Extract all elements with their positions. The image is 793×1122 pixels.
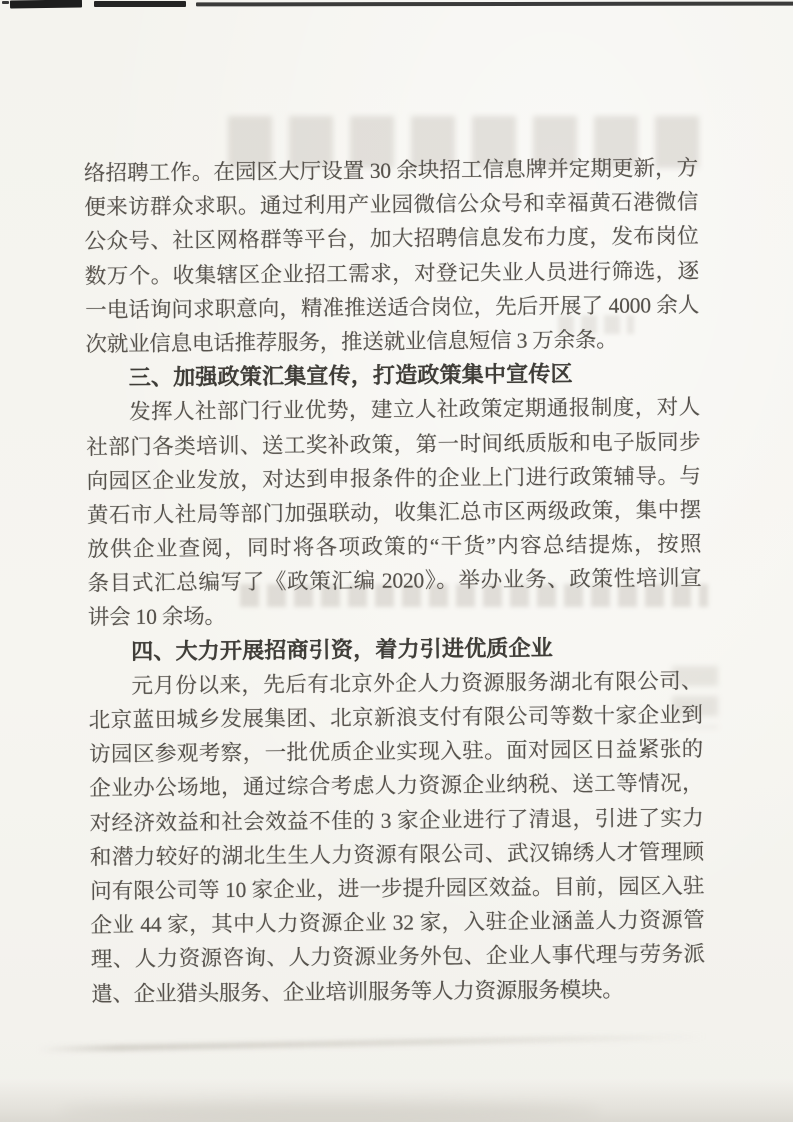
text-line: 访园区参观考察，一批优质企业实现入驻。面对园区日益紧张的 bbox=[89, 732, 703, 772]
text-line: 元月份以来，先后有北京外企人力资源服务湖北有限公司、 bbox=[88, 664, 702, 704]
document-text-block: 络招聘工作。在园区大厅设置 30 余块招工信息牌并定期更新，方便来访群众求职。通… bbox=[84, 151, 705, 1011]
text-line: 放供企业查阅，同时将各项政策的“干货”内容总结提炼，按照 bbox=[87, 527, 701, 567]
section-heading-line: 三、加强政策汇集宣传，打造政策集中宣传区 bbox=[86, 356, 700, 396]
scan-edge-mark bbox=[10, 0, 82, 9]
text-line: 和潜力较好的湖北生生人力资源有限公司、武汉锦绣人才管理顾 bbox=[90, 835, 704, 875]
text-line: 讲会 10 余场。 bbox=[88, 595, 702, 635]
text-line: 发挥人社部门行业优势，建立人社政策定期通报制度，对人 bbox=[86, 390, 700, 430]
scan-edge-mark bbox=[196, 2, 793, 7]
text-line: 企业 44 家，其中人力资源企业 32 家，入驻企业涵盖人力资源管 bbox=[90, 903, 704, 943]
text-line: 便来访群众求职。通过利用产业园微信公众号和幸福黄石港微信 bbox=[84, 185, 698, 225]
text-line: 问有限公司等 10 家企业，进一步提升园区效益。目前，园区入驻 bbox=[90, 869, 704, 909]
text-line: 理、人力资源咨询、人力资源业务外包、企业人事代理与劳务派 bbox=[91, 937, 705, 977]
text-line: 向园区企业发放，对达到申报条件的企业上门进行政策辅导。与 bbox=[87, 459, 701, 499]
text-line: 数万个。收集辖区企业招工需求，对登记失业人员进行筛选，逐 bbox=[85, 254, 699, 294]
scan-bottom-shadow bbox=[0, 1078, 793, 1122]
text-line: 北京蓝田城乡发展集团、北京新浪支付有限公司等数十家企业到 bbox=[89, 698, 703, 738]
text-line: 对经济效益和社会效益不佳的 3 家企业进行了清退，引进了实力 bbox=[89, 801, 703, 841]
text-line: 黄石市人社局等部门加强联动，收集汇总市区两级政策，集中摆 bbox=[87, 493, 701, 533]
text-line: 公众号、社区网格群等平台，加大招聘信息发布力度，发布岗位 bbox=[84, 219, 698, 259]
text-line: 社部门各类培训、送工奖补政策，第一时间纸质版和电子版同步 bbox=[86, 424, 700, 464]
text-line: 络招聘工作。在园区大厅设置 30 余块招工信息牌并定期更新，方 bbox=[84, 151, 698, 191]
text-line: 企业办公场地，通过综合考虑人力资源企业纳税、送工等情况， bbox=[89, 766, 703, 806]
section-heading-line: 四、大力开展招商引资，着力引进优质企业 bbox=[88, 630, 702, 670]
text-line: 一电话询问求职意向，精准推送适合岗位，先后开展了 4000 余人 bbox=[85, 288, 699, 328]
scan-edge-mark bbox=[94, 1, 186, 7]
text-line: 条目式汇总编写了《政策汇编 2020》。举办业务、政策性培训宣 bbox=[87, 561, 701, 601]
text-line: 次就业信息电话推荐服务，推送就业信息短信 3 万余条。 bbox=[85, 322, 699, 362]
scan-edge-mark bbox=[2, 1, 9, 4]
scan-top-edge-artifact bbox=[0, 0, 793, 12]
scanned-document-page: 络招聘工作。在园区大厅设置 30 余块招工信息牌并定期更新，方便来访群众求职。通… bbox=[0, 0, 793, 1122]
text-line: 遣、企业猎头服务、企业培训服务等人力资源服务模块。 bbox=[91, 971, 705, 1011]
paper-crease bbox=[38, 1034, 706, 1053]
